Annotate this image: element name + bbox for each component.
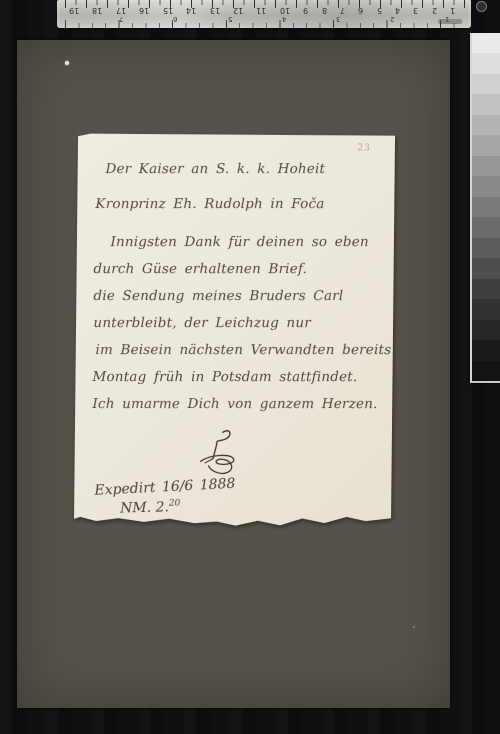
ruler-inch-scale: 7654321: [119, 15, 449, 22]
gray-step: [472, 340, 500, 360]
handwriting-block: Der Kaiser an S. k. k. Hoheit Kronprinz …: [92, 156, 387, 418]
dispatch-time-main: NM. 2.: [120, 499, 169, 516]
ruler-inch-number: 3: [336, 15, 340, 22]
gray-step: [472, 74, 500, 94]
handwriting-line: durch Güse erhaltenen Brief.: [93, 256, 387, 283]
handwriting-line: Der Kaiser an S. k. k. Hoheit: [105, 156, 387, 183]
ruler-cm-number: 13: [210, 6, 220, 14]
page-number-stamp: 23: [357, 143, 371, 153]
letter-paper-wrap: 23 Der Kaiser an S. k. k. Hoheit Kronpri…: [74, 132, 395, 527]
ruler-inch-number: 4: [282, 15, 286, 22]
registration-mark-icon: [476, 1, 487, 12]
letter-paper: 23 Der Kaiser an S. k. k. Hoheit Kronpri…: [74, 132, 395, 527]
handwriting-line: die Sendung meines Bruders Carl: [93, 283, 387, 310]
ruler-cm-number: 16: [139, 6, 149, 14]
ruler-cm-number: 14: [186, 6, 196, 14]
gray-step: [472, 361, 500, 381]
ruler-cm-number: 3: [413, 6, 418, 14]
ruler-inch-number: 5: [228, 15, 232, 22]
gray-step: [472, 238, 500, 258]
ruler-cm-number: 17: [116, 6, 126, 14]
handwriting-line: Ich umarme Dich von ganzem Herzen.: [92, 391, 387, 418]
grayscale-calibration-strip: [470, 33, 500, 383]
ruler-brand-mark: [438, 19, 462, 24]
gray-step: [472, 33, 500, 53]
ruler-inch-number: 2: [390, 15, 394, 22]
handwriting-line: Innigsten Dank für deinen so eben: [110, 229, 387, 256]
handwriting-line: Montag früh in Potsdam stattfindet.: [92, 364, 387, 391]
ruler-cm-number: 5: [377, 6, 382, 14]
dust-speck: [65, 61, 69, 65]
gray-step: [472, 258, 500, 278]
gray-step: [472, 115, 500, 135]
gray-step: [472, 176, 500, 196]
ruler-cm-number: 1: [450, 6, 455, 14]
gray-step: [472, 135, 500, 155]
ruler-cm-number: 7: [340, 6, 345, 14]
gray-step: [472, 279, 500, 299]
ruler-cm-number: 6: [358, 6, 363, 14]
gray-step: [472, 299, 500, 319]
gray-step: [472, 94, 500, 114]
ruler-cm-number: 15: [163, 6, 173, 14]
gray-step: [472, 197, 500, 217]
ruler-inch-number: 6: [173, 15, 177, 22]
gray-step: [472, 320, 500, 340]
ruler-inch-number: 7: [119, 15, 123, 22]
ruler-cm-number: 2: [432, 6, 437, 14]
ruler-cm-number: 12: [233, 6, 243, 14]
ruler-cm-number: 9: [303, 6, 308, 14]
dispatch-note: Expedirt 16/6 1888: [94, 476, 236, 499]
handwriting-line: unterbleibt, der Leichzug nur: [93, 310, 387, 337]
dust-speck: [413, 626, 415, 628]
handwriting-line: Kronprinz Eh. Rudolph in Foča: [95, 191, 387, 218]
ruler-cm-number: 19: [69, 6, 79, 14]
ruler-cm-scale: 19181716151413121110987654321: [69, 6, 455, 14]
dispatch-time: NM. 2.20: [120, 498, 181, 516]
ruler-cm-number: 8: [322, 6, 327, 14]
ruler-cm-number: 11: [256, 6, 266, 14]
ruler-cm-number: 4: [395, 6, 400, 14]
handwriting-line: im Beisein nächsten Verwandten bereits: [95, 337, 387, 364]
gray-step: [472, 217, 500, 237]
imperial-monogram-icon: [194, 426, 239, 480]
ruler-cm-number: 18: [92, 6, 102, 14]
dispatch-time-superscript: 20: [169, 498, 181, 508]
gray-step: [472, 156, 500, 176]
ruler-cm-number: 10: [280, 6, 290, 14]
gray-step: [472, 53, 500, 73]
ruler: 19181716151413121110987654321 7654321: [57, 0, 471, 28]
